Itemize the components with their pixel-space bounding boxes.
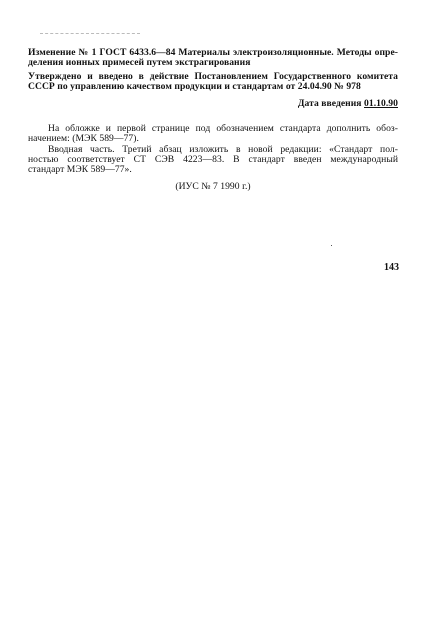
approval-line-2: СССР по управлению качеством продукции и… <box>28 82 398 92</box>
paragraph-2-line-3: стандарт МЭК 589—77». <box>28 165 398 175</box>
change-title-line-2: деления ионных примесей путем экстрагиро… <box>28 58 398 68</box>
effective-date-label: Дата введения <box>298 98 362 109</box>
effective-date-value: 01.10.90 <box>364 98 398 109</box>
paragraph-1-line-2: начением: (МЭК 589—77). <box>28 134 398 144</box>
source-note: (ИУС № 7 1990 г.) <box>28 182 398 192</box>
page-number: 143 <box>384 263 399 273</box>
scan-artifact <box>40 33 140 35</box>
effective-date: Дата введения 01.10.90 <box>28 99 398 109</box>
scan-speck <box>331 245 332 246</box>
document-page: Изменение № 1 ГОСТ 6433.6—84 Материалы э… <box>0 0 427 632</box>
